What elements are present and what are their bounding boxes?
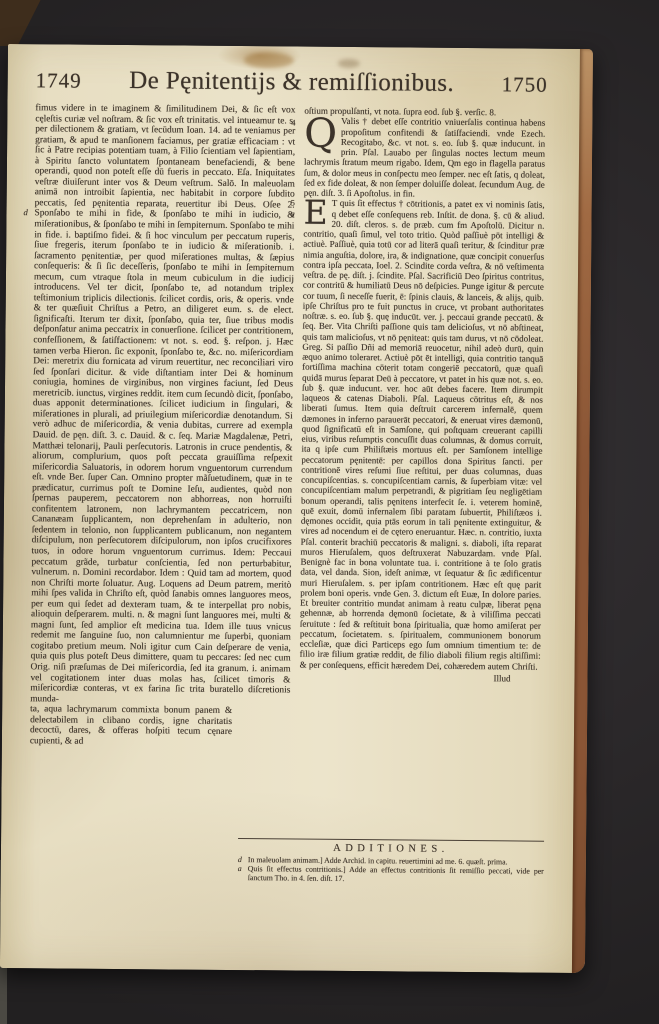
page-content: 1749 De Pęnitentijs & remiſſionibus. 175… [30,66,548,751]
column-number-right: 1750 [476,72,548,98]
left-column: d fimus videre in te imaginem & ſimilitu… [30,103,296,749]
binding-corner [0,0,58,46]
photo-background: 1749 De Pęnitentijs & remiſſionibus. 175… [0,0,659,1024]
text-columns: d fimus videre in te imaginem & ſimilitu… [30,103,548,751]
book-fore-edge [572,49,593,973]
paragraph-qualis: 4 Q Valis † debet eſſe contritio vniuerſ… [304,116,546,200]
left-column-tail: ta, aqua lachrymarum commixta bonum pane… [30,704,232,748]
additiones-title: ADDITIONES. [238,842,544,856]
margin-ref-4: 4 [291,118,295,128]
page-title: De Pęnitentijs & remiſſionibus. [108,67,476,98]
margin-ref-5: 5 [291,198,295,208]
running-header: 1749 De Pęnitentijs & remiſſionibus. 175… [36,66,548,98]
dropcap-e: E [303,198,331,226]
margin-ref-a: a [290,209,294,219]
right-column: oſtium propulſanti, vt nota. ſupra eod. … [299,106,546,751]
additiones-marker-d: d [238,855,248,864]
paragraph-effectus: 5 a E T quis ſit effectus † cōtritionis,… [300,198,545,672]
book-page: 1749 De Pęnitentijs & remiſſionibus. 175… [0,44,593,973]
catchword: Illud [299,671,540,683]
column-number-left: 1749 [36,68,108,94]
dropcap-q: Q [304,116,341,150]
margin-note-letter-d: d [23,207,27,218]
additiones-marker-a: a [238,864,248,882]
additiones-entry-text: Quis ſit effectus contritionis.] Adde an… [248,864,544,885]
paragraph-effectus-text: T quis ſit effectus † cōtritionis, a pat… [300,198,545,671]
paper-stain [338,59,360,68]
left-column-text: fimus videre in te imaginem & ſimilitudi… [30,103,295,704]
additiones-block: ADDITIONES. d In maleuolam animam.] Adde… [238,838,544,885]
paper-stain [244,52,294,68]
additiones-entry: a Quis ſit effectus contritionis.] Adde … [238,864,544,885]
